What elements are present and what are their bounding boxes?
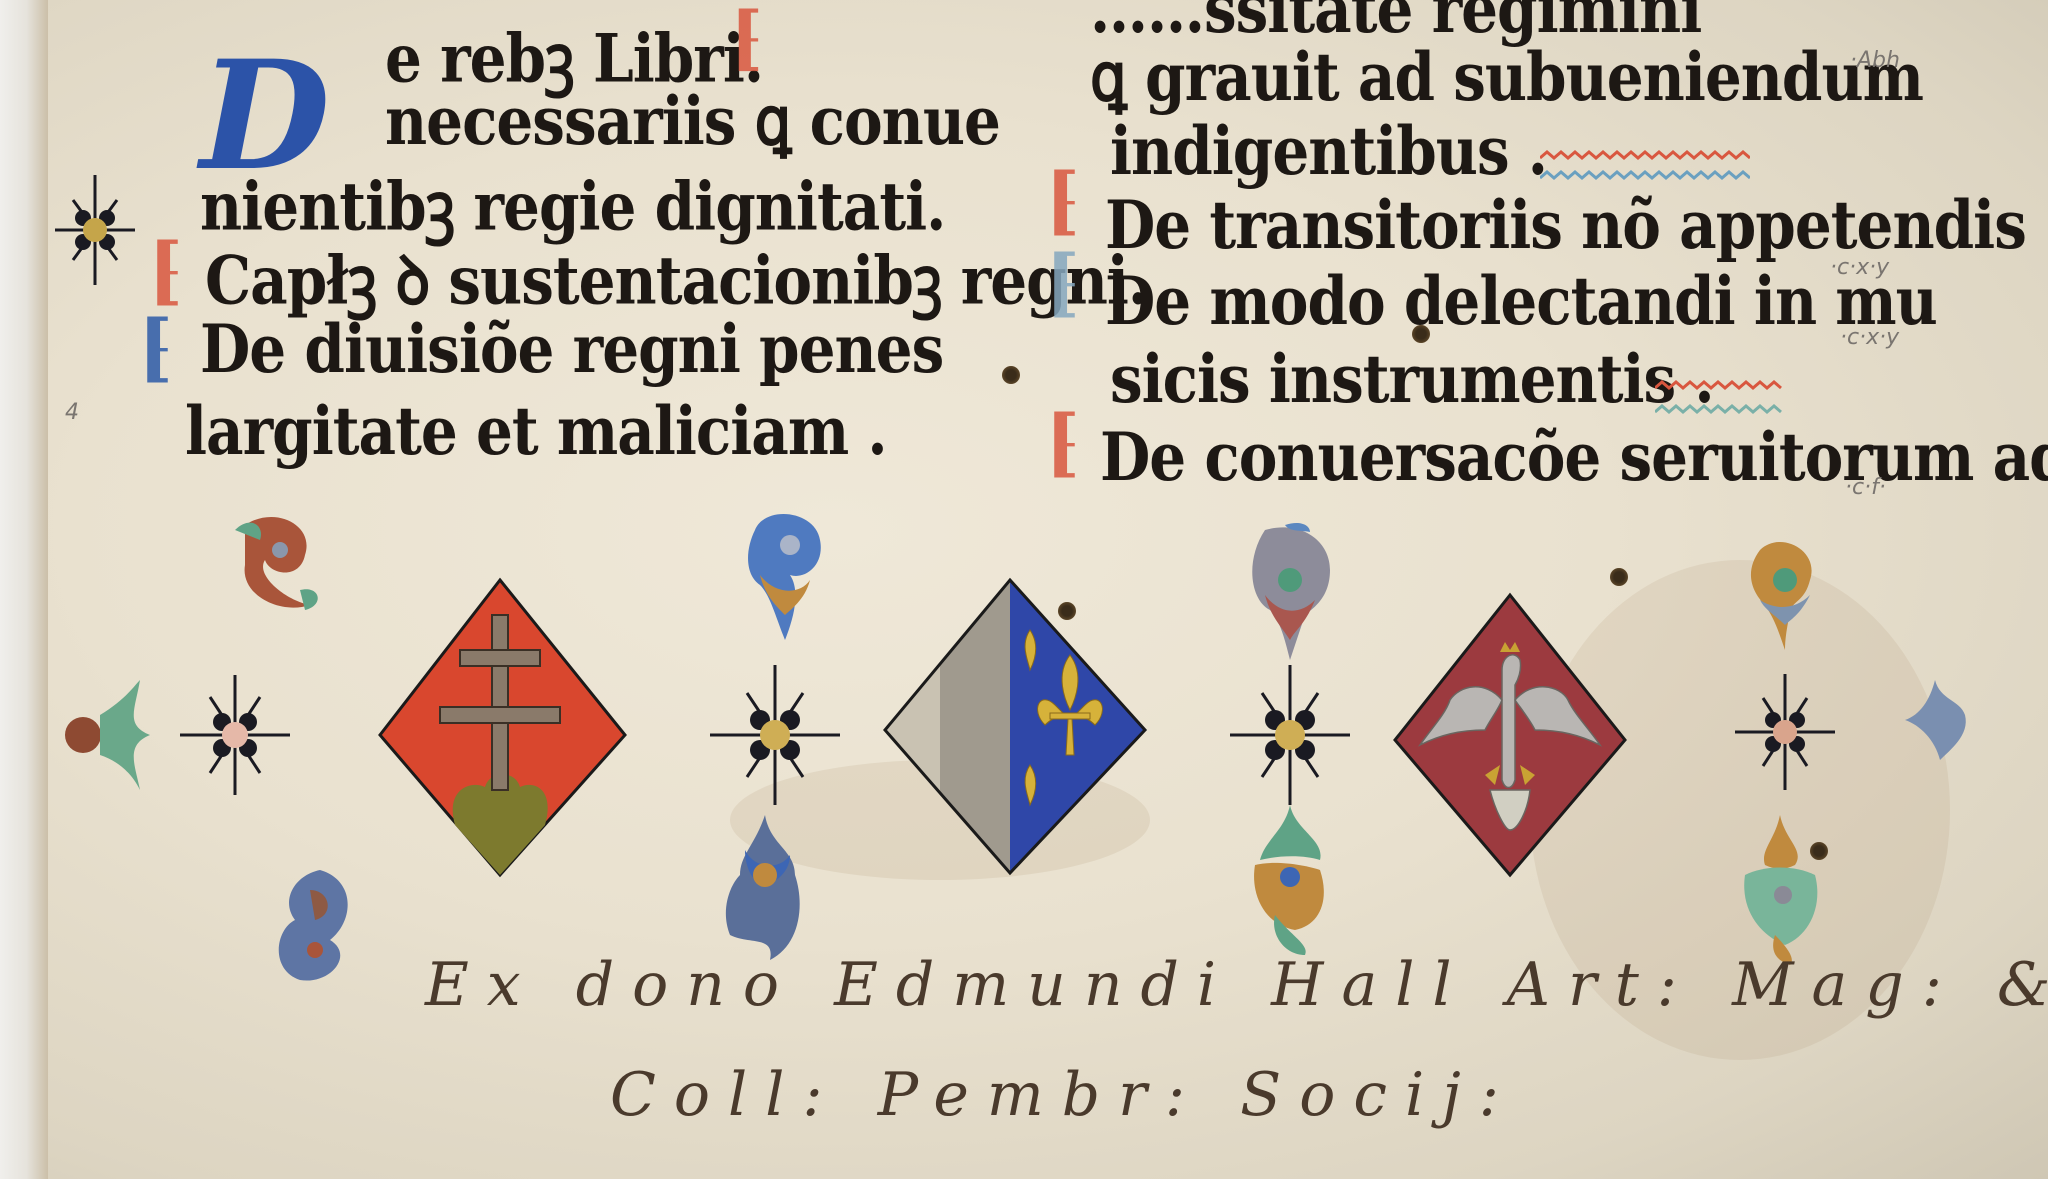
blue-paraph: ⁅ (1045, 240, 1080, 326)
ownership-inscription-line1: Ex dono Edmundi Hall Art: Mag: & (425, 950, 2048, 1020)
ownership-inscription-line2: Coll: Pembr: Socij: (610, 1060, 1517, 1130)
wormhole (1610, 568, 1628, 586)
text-line: largitate et maliciam . (185, 392, 887, 470)
line-filler-teal (1655, 404, 1785, 414)
text-line: De modo delectandi in mu (1105, 262, 1937, 340)
blue-paraph: ⁅ (138, 305, 173, 391)
foliage-ornament (1900, 680, 1970, 760)
foliage-ornament (225, 505, 335, 615)
margin-note: ·c·x·y (1840, 325, 1899, 350)
text-line: De transitoriis nõ appetendis . (1105, 186, 2048, 264)
foliage-ornament (1235, 805, 1345, 955)
wormhole (1412, 325, 1430, 343)
margin-note: ·c·f· (1845, 475, 1886, 500)
margin-note: ·Abh (1850, 48, 1900, 73)
text-line: De diuisiõe regni penes (200, 310, 943, 388)
red-paraph: ⁅ (1045, 158, 1080, 244)
line-filler-blue (1540, 170, 1750, 180)
foliage-ornament (735, 505, 835, 645)
red-paraph: ⁅ (730, 0, 763, 79)
foliage-ornament (55, 680, 165, 790)
manuscript-page: D e rebꝫ Libri. ⁅ necessariis ꝗ conue ni… (30, 0, 2048, 1179)
star-ornament (1730, 672, 1840, 792)
foliage-ornament (1735, 815, 1825, 965)
text-line: De conuersacõe seruitorum ad (1100, 418, 2048, 496)
line-filler-red (1540, 150, 1750, 160)
text-line: indigentibus . (1110, 112, 1547, 190)
shield-cross-of-lorraine (375, 575, 635, 885)
page-gutter (0, 0, 48, 1179)
star-ornament (45, 170, 145, 290)
foliage-ornament (260, 860, 370, 990)
text-line: sicis instrumentis . (1110, 340, 1714, 418)
text-line: ꝗ grauit ad subueniendum (1090, 38, 1923, 116)
star-ornament (175, 670, 295, 800)
margin-note: ·c·x·y (1830, 255, 1889, 280)
red-paraph: ⁅ (1045, 400, 1080, 486)
star-ornament (705, 660, 845, 810)
wormhole (1002, 366, 1020, 384)
text-line: necessariis ꝗ conue (385, 82, 1000, 160)
shield-fleur-de-lis (880, 575, 1150, 880)
line-filler-red (1655, 380, 1785, 390)
foliage-ornament (1740, 530, 1830, 650)
foliage-ornament (710, 815, 820, 965)
shield-eagle (1390, 590, 1630, 880)
foliage-ornament (1240, 520, 1340, 660)
star-ornament (1220, 660, 1360, 810)
red-paraph: ⁅ (148, 228, 183, 314)
margin-note: 4 (65, 400, 79, 425)
